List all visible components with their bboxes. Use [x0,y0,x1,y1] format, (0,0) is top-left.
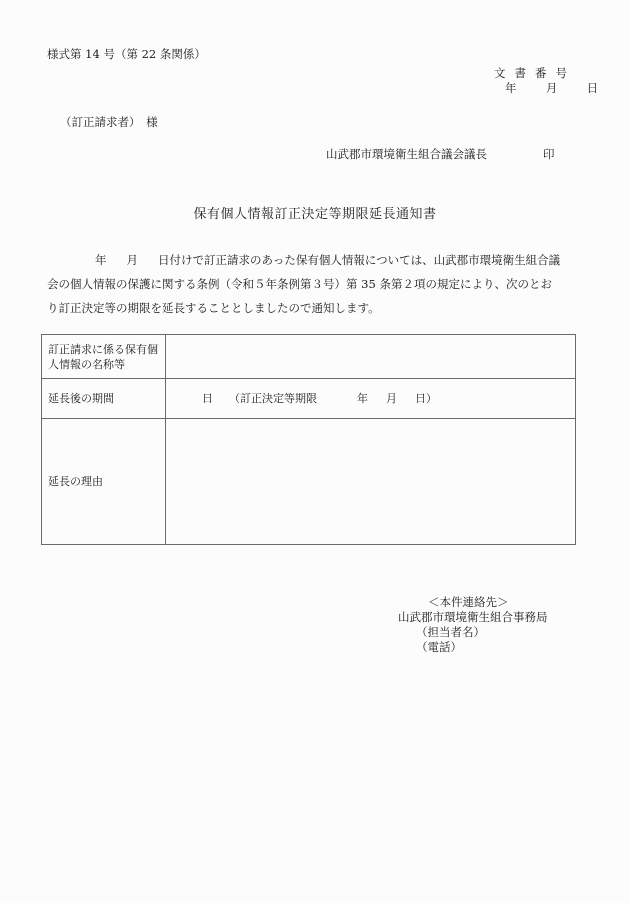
label-extended-period: 延長後の期間 [42,379,166,419]
contact-office: 山武郡市環境衛生組合事務局 [398,610,548,625]
value-information-name [166,335,576,379]
seal-mark: 印 [543,146,555,162]
contact-person: （担当者名） [398,625,548,640]
period-deadline-label: （訂正決定等期限 [229,392,317,405]
body-line-1: 年月日付けで訂正請求のあった保有個人情報については、山武郡市環境衛生組合議 [47,248,582,272]
contact-phone: （電話） [398,640,548,655]
body-year: 年 [95,253,107,267]
form-number: 様式第 14 号（第 22 条関係） [47,46,206,62]
recipient: （訂正請求者） 様 [60,114,158,130]
body-line-1-text: 日付けで訂正請求のあった保有個人情報については、山武郡市環境衛生組合議 [158,253,560,267]
date-month: 月 [546,80,558,96]
table-row: 訂正請求に係る保有個人情報の名称等 [42,335,576,379]
contact-info: ＜本件連絡先＞ 山武郡市環境衛生組合事務局 （担当者名） （電話） [398,595,548,655]
body-line-3: り訂正決定等の期限を延長することとしましたので通知します。 [47,296,582,320]
table-row: 延長後の期間 日（訂正決定等期限年月日） [42,379,576,419]
issue-date: 年 月 日 [505,80,598,96]
extension-table: 訂正請求に係る保有個人情報の名称等 延長後の期間 日（訂正決定等期限年月日） 延… [41,334,576,545]
period-month: 月 [386,392,397,405]
body-month: 月 [127,253,139,267]
body-line-2: 会の個人情報の保護に関する条例（令和５年条例第３号）第 35 条第２項の規定によ… [47,272,582,296]
date-day: 日 [587,80,599,96]
document-number-label: 文書番号 [494,65,576,81]
period-day: 日 [202,392,213,405]
period-end: 日） [415,392,437,405]
contact-heading: ＜本件連絡先＞ [398,595,548,610]
table-row: 延長の理由 [42,419,576,545]
period-year: 年 [357,392,368,405]
sender: 山武郡市環境衛生組合議会議長 [326,146,487,162]
label-extension-reason: 延長の理由 [42,419,166,545]
value-extended-period: 日（訂正決定等期限年月日） [166,379,576,419]
document-title: 保有個人情報訂正決定等期限延長通知書 [0,203,630,222]
label-information-name: 訂正請求に係る保有個人情報の名称等 [42,335,166,379]
date-year: 年 [505,80,517,96]
value-extension-reason [166,419,576,545]
notice-body: 年月日付けで訂正請求のあった保有個人情報については、山武郡市環境衛生組合議 会の… [47,248,582,320]
